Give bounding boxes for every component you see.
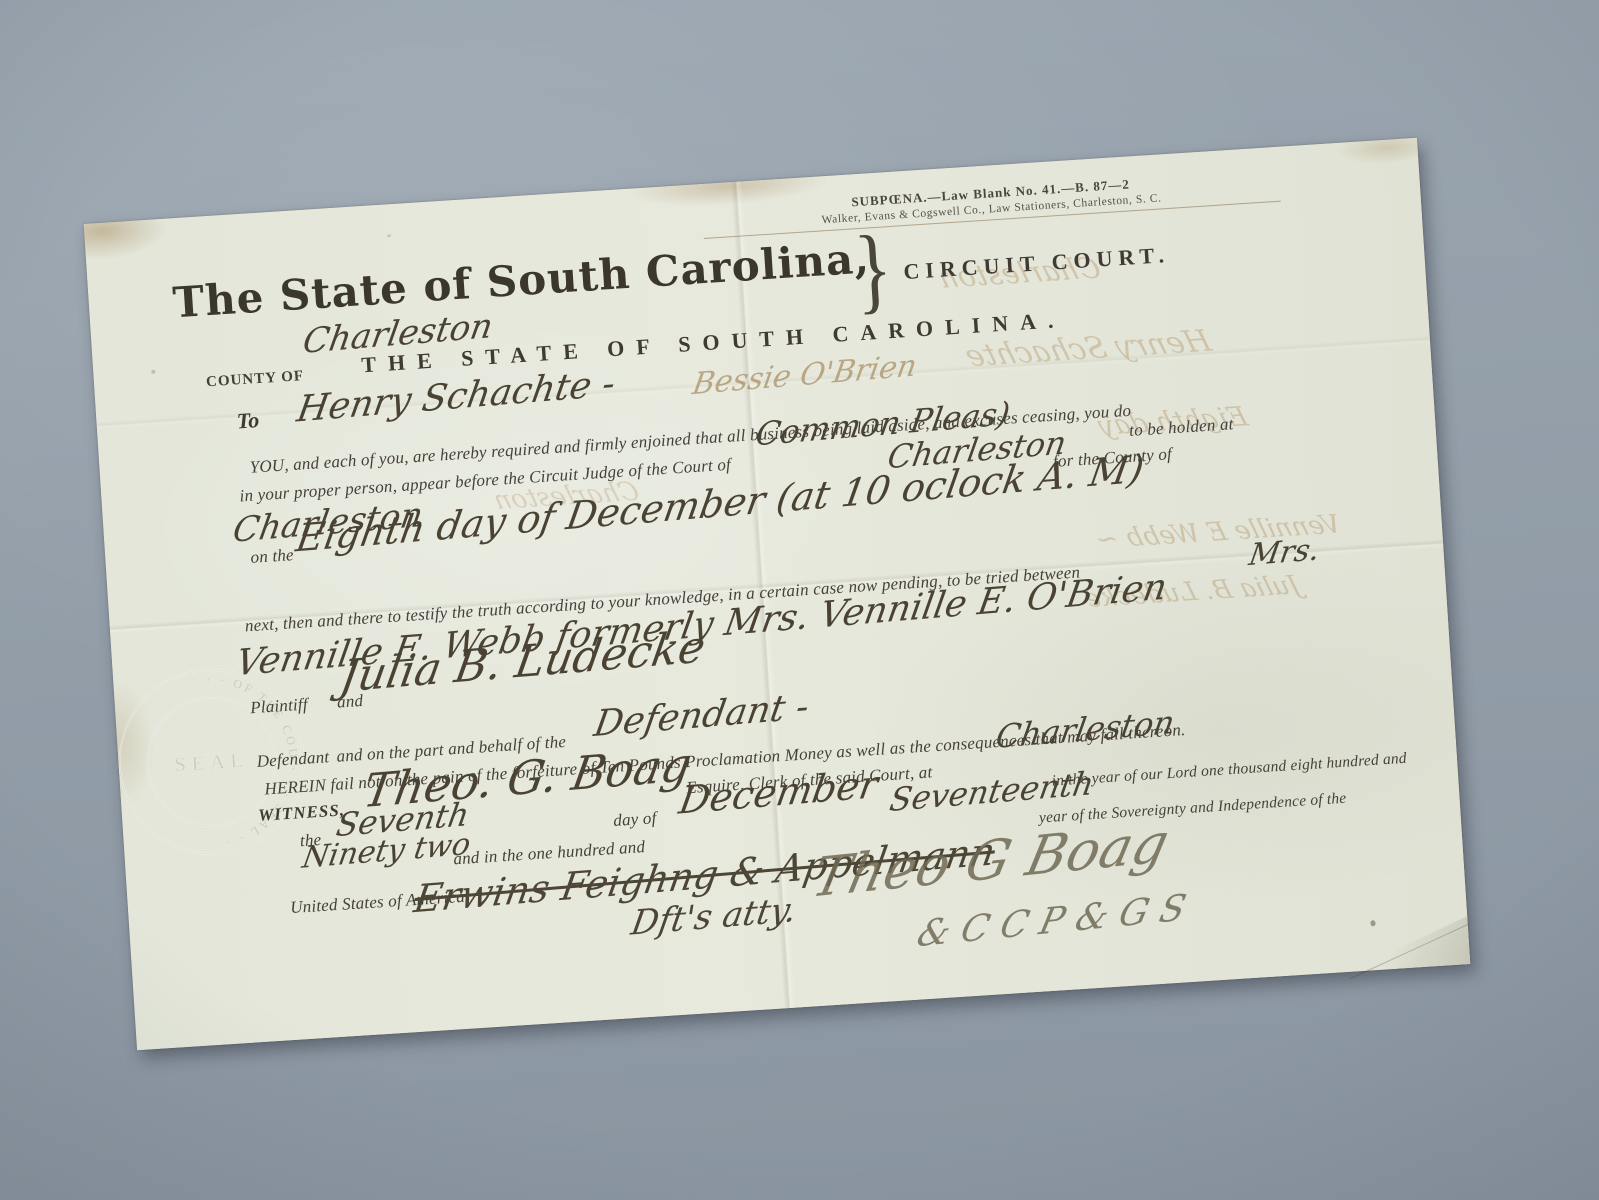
document-paper: · · OF THE COU · · · SEAL · · SEAL Charl…: [84, 138, 1471, 1050]
state-title: The State of South Carolina,: [171, 233, 871, 327]
clerk-signature-title: & C C P & G S: [913, 887, 1189, 955]
folded-corner: [1345, 916, 1470, 972]
month-handwritten: December: [676, 762, 881, 823]
ninety-two-handwritten: Ninety two: [300, 827, 473, 876]
photo-of-subpoena-document: · · OF THE COU · · · SEAL · · SEAL Charl…: [0, 0, 1599, 1200]
paper-speck: [1370, 920, 1375, 926]
county-label: COUNTY OF: [206, 368, 305, 391]
year-of-our-lord-text: in the year of our Lord one thousand eig…: [1051, 750, 1407, 791]
plaintiff-label: Plaintiff: [250, 695, 309, 719]
paper-speck: [151, 370, 155, 374]
on-the-label: on the: [250, 545, 294, 568]
witness-name-handwritten: Henry Schachte -: [294, 363, 618, 431]
stationer-imprint: SUBPŒNA.—Law Blank No. 41.—B. 87—2 Walke…: [702, 167, 1281, 239]
seal-center-text: SEAL: [174, 749, 249, 776]
court-at-handwritten: Charleston: [993, 703, 1177, 756]
defendant-label: Defendant: [256, 747, 330, 772]
faded-name-handwritten: Bessie O'Brien: [690, 348, 919, 402]
brace-glyph: }: [851, 212, 895, 325]
to-label: To: [236, 407, 260, 434]
day-of-label: day of: [613, 808, 657, 831]
witness-label: WITNESS,: [258, 800, 346, 826]
behalf-handwritten: Defendant -: [591, 686, 812, 745]
paper-speck: [387, 234, 391, 237]
between-handwritten: Mrs.: [1246, 532, 1322, 573]
